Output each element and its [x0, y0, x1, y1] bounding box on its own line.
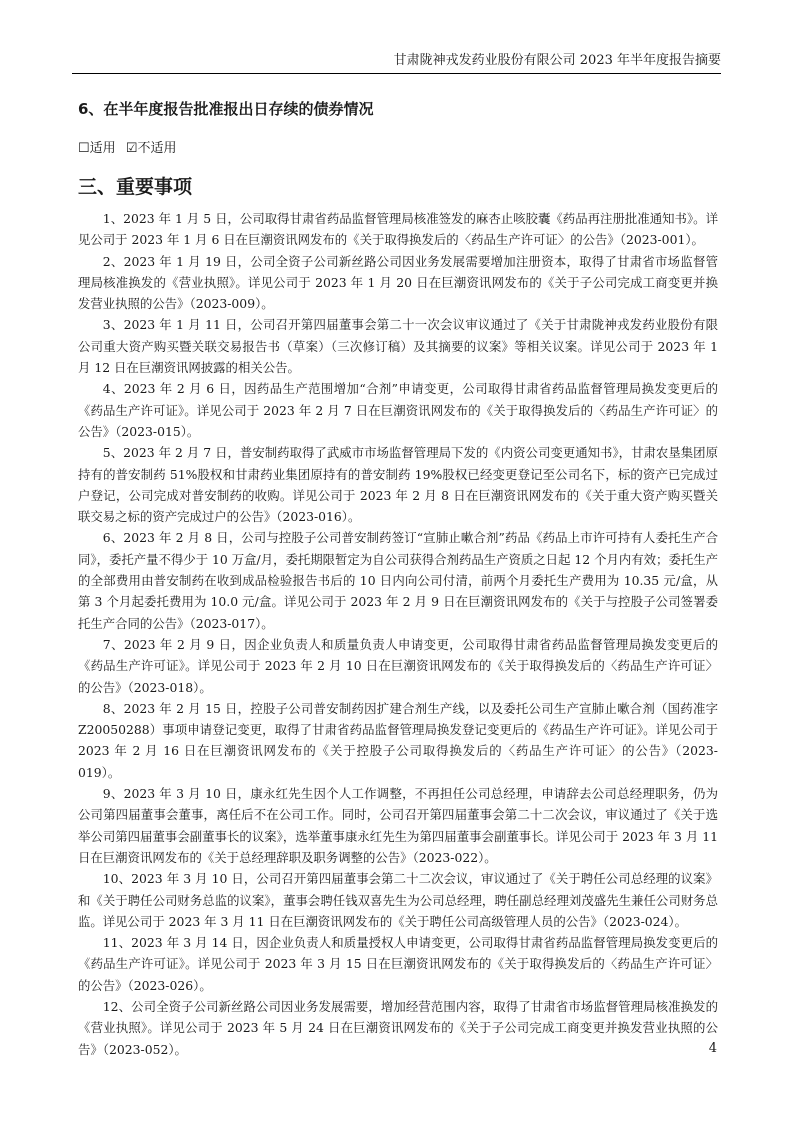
option-not-applicable: ☑不适用: [126, 141, 177, 156]
option-applicable: ☐适用: [78, 141, 120, 156]
document-header: 甘肃陇神戎发药业股份有限公司 2023 年半年度报告摘要: [72, 52, 721, 72]
list-item: 11、2023 年 3 月 14 日，因企业负责人和质量授权人申请变更，公司取得…: [78, 932, 718, 996]
list-item: 6、2023 年 2 月 8 日，公司与控股子公司普安制药签订“宣肺止嗽合剂”药…: [78, 527, 718, 633]
section-6-heading: 6、在半年度报告批准报出日存续的债券情况: [78, 98, 373, 119]
option-label: 适用: [90, 141, 116, 156]
list-item: 8、2023 年 2 月 15 日，控股子公司普安制药因扩建合剂生产线，以及委托…: [78, 698, 718, 783]
list-item: 7、2023 年 2 月 9 日，因企业负责人和质量负责人申请变更，公司取得甘肃…: [78, 634, 718, 698]
list-item: 12、公司全资子公司新丝路公司因业务发展需要，增加经营范围内容，取得了甘肃省市场…: [78, 996, 718, 1060]
header-divider: [72, 73, 721, 74]
important-matters-list: 1、2023 年 1 月 5 日，公司取得甘肃省药品监督管理局核准签发的麻杏止咳…: [78, 208, 718, 1060]
page-number: 4: [709, 1041, 717, 1056]
option-label: 不适用: [137, 141, 176, 156]
list-item: 4、2023 年 2 月 6 日，因药品生产范围增加“合剂”申请变更，公司取得甘…: [78, 378, 718, 442]
checked-box-icon: ☑: [126, 141, 138, 156]
unchecked-box-icon: ☐: [78, 141, 90, 156]
applicability-options: ☐适用 ☑不适用: [78, 137, 182, 156]
list-item: 2、2023 年 1 月 19 日，公司全资子公司新丝路公司因业务发展需要增加注…: [78, 251, 718, 315]
list-item: 9、2023 年 3 月 10 日，康永红先生因个人工作调整，不再担任公司总经理…: [78, 783, 718, 868]
list-item: 10、2023 年 3 月 10 日，公司召开第四届董事会第二十二次会议，审议通…: [78, 868, 718, 932]
section-3-heading: 三、重要事项: [78, 172, 192, 199]
list-item: 5、2023 年 2 月 7 日，普安制药取得了武威市市场监督管理局下发的《内资…: [78, 442, 718, 527]
list-item: 3、2023 年 1 月 11 日，公司召开第四届董事会第二十一次会议审议通过了…: [78, 314, 718, 378]
list-item: 1、2023 年 1 月 5 日，公司取得甘肃省药品监督管理局核准签发的麻杏止咳…: [78, 208, 718, 251]
